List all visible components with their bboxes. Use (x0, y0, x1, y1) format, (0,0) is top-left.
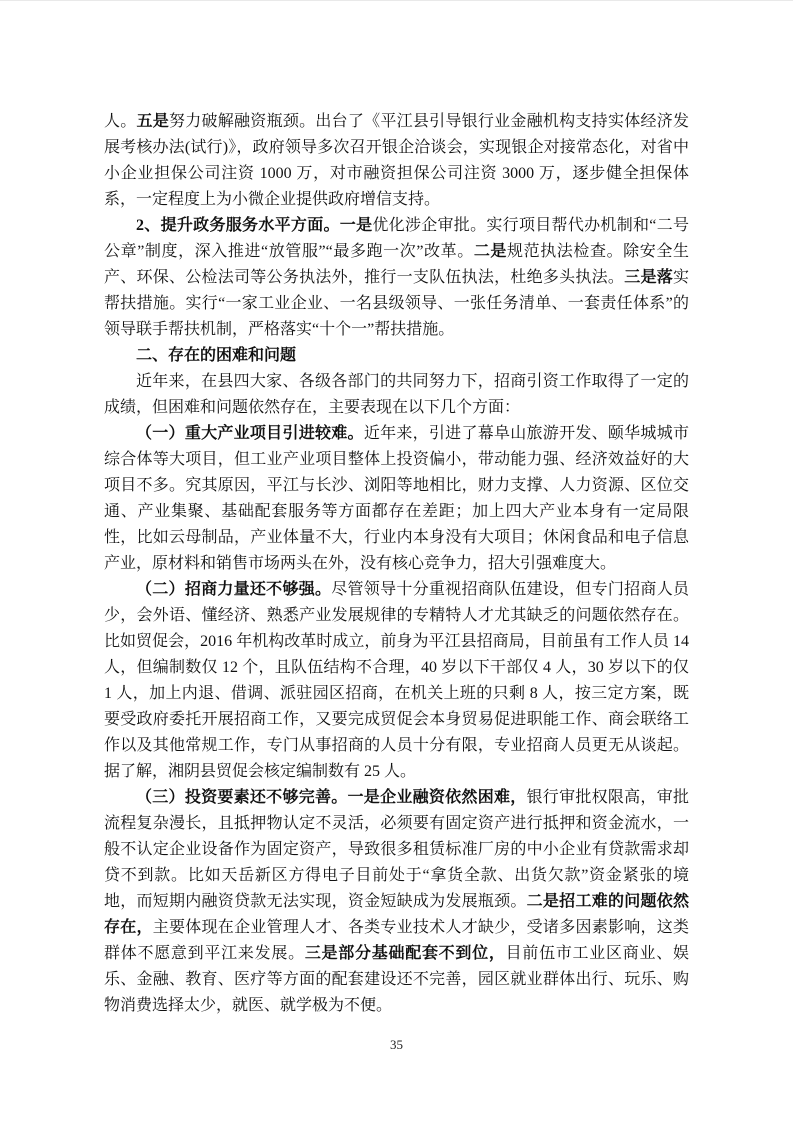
paragraph-government-service: 2、提升政务服务水平方面。一是优化涉企审批。实行项目帮代办机制和“二号公章”制度… (104, 213, 689, 343)
text-run-bold: 三是落 (624, 269, 673, 286)
paragraph-financing-bottleneck: 人。五是努力破解融资瓶颈。出台了《平江县引导银行业金融机构支持实体经济发展考核办… (104, 109, 689, 213)
document-page: 人。五是努力破解融资瓶颈。出台了《平江县引导银行业金融机构支持实体经济发展考核办… (0, 1, 793, 1123)
text-run-bold: 五是 (137, 113, 170, 130)
text-run-bold: 2、提升政务服务水平方面。一是 (136, 217, 372, 234)
text-run: 人。 (104, 113, 137, 130)
paragraph-problem-1: （一）重大产业项目引进较难。近年来，引进了幕阜山旅游开发、颐华城城市综合体等大项… (104, 421, 689, 577)
paragraph-intro: 近年来，在县四大家、各级各部门的共同努力下，招商引资工作取得了一定的成绩，但困难… (104, 369, 689, 421)
text-run: 近年来，引进了幕阜山旅游开发、颐华城城市综合体等大项目，但工业产业项目整体上投资… (104, 425, 689, 572)
text-run-bold: 二是 (474, 243, 507, 260)
text-run-bold: （二）招商力量还不够强。 (136, 581, 331, 598)
text-run: 银行审批权限高，审批流程复杂漫长，且抵押物认定不灵活，必须要有固定资产进行抵押和… (104, 789, 689, 910)
text-run: 尽管领导十分重视招商队伍建设，但专门招商人员少，会外语、懂经济、熟悉产业发展规律… (104, 581, 689, 780)
page-footer: 35 (0, 1037, 793, 1053)
paragraph-problem-3: （三）投资要素还不够完善。一是企业融资依然困难，银行审批权限高，审批流程复杂漫长… (104, 785, 689, 1019)
text-run: 努力破解融资瓶颈。出台了《平江县引导银行业金融机构支持实体经济发展考核办法(试行… (104, 113, 689, 208)
text-run-bold: （三）投资要素还不够完善。一是企业融资依然困难， (136, 789, 527, 806)
section-heading-problems: 二、存在的困难和问题 (104, 343, 689, 369)
page-number: 35 (390, 1037, 403, 1052)
document-body: 人。五是努力破解融资瓶颈。出台了《平江县引导银行业金融机构支持实体经济发展考核办… (104, 109, 689, 1019)
text-run-bold: 三是部分基础配套不到位， (305, 945, 506, 962)
text-run-bold: （一）重大产业项目引进较难。 (136, 425, 364, 442)
paragraph-problem-2: （二）招商力量还不够强。尽管领导十分重视招商队伍建设，但专门招商人员少，会外语、… (104, 577, 689, 785)
section-heading-text: 二、存在的困难和问题 (136, 347, 296, 364)
text-run: 近年来，在县四大家、各级各部门的共同努力下，招商引资工作取得了一定的成绩，但困难… (104, 373, 689, 416)
